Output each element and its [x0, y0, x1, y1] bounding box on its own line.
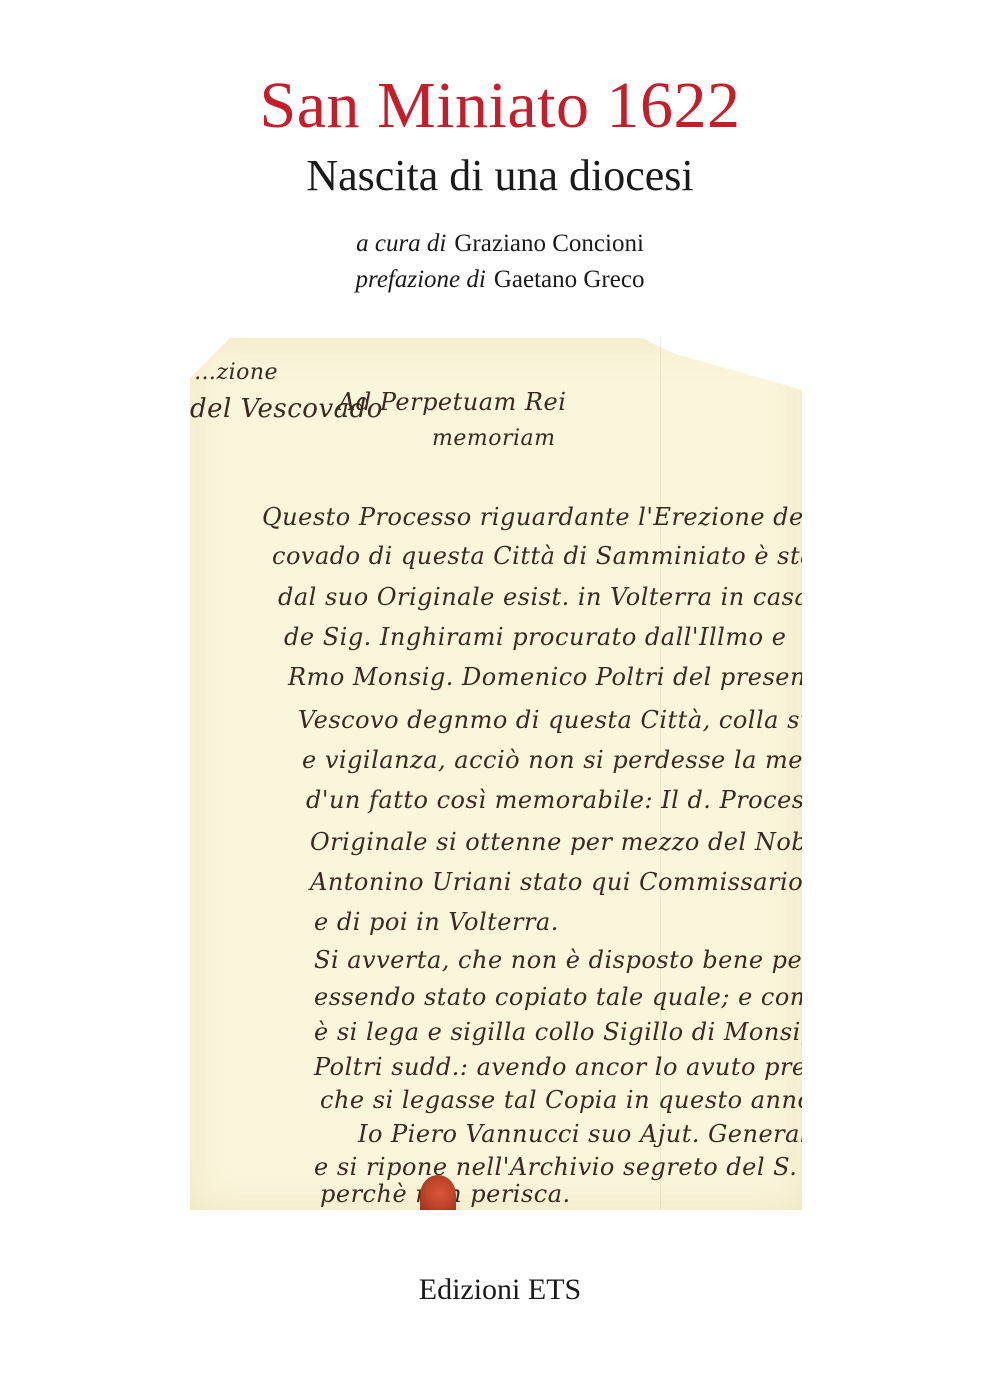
manuscript-line: Rmo Monsig. Domenico Poltri del presente — [288, 663, 802, 691]
manuscript-line: è si lega e sigilla collo Sigillo di Mon… — [314, 1018, 802, 1046]
wax-seal — [420, 1175, 456, 1210]
manuscript-line: Si avverta, che non è disposto bene per … — [314, 946, 802, 974]
manuscript-heading: Ad Perpetuam Rei — [338, 388, 566, 416]
manuscript-line: Io Piero Vannucci suo Ajut. Generale — [358, 1120, 802, 1148]
editor-label: a cura di — [356, 230, 446, 257]
manuscript-line: e si ripone nell'Archivio segreto del S.… — [314, 1153, 802, 1181]
manuscript-line: Originale si ottenne per mezzo del Nobil… — [310, 828, 802, 856]
credits: a cura diGraziano Concioni prefazione di… — [0, 226, 1000, 298]
manuscript-line: covado di questa Città di Samminiato è s… — [272, 542, 802, 570]
manuscript-heading: memoriam — [432, 426, 556, 451]
preface-label: prefazione di — [356, 266, 486, 293]
manuscript-line: e di poi in Volterra. — [314, 908, 559, 936]
preface-credit: prefazione diGaetano Greco — [0, 262, 1000, 298]
manuscript-image: …zione del Vescovado Ad Perpetuam Rei me… — [190, 338, 802, 1210]
manuscript-line: Vescovo degnmo di questa Città, colla su… — [298, 706, 802, 734]
manuscript-line: Antonino Uriani stato qui Commissario, — [310, 868, 802, 896]
editor-name: Graziano Concioni — [454, 230, 644, 257]
manuscript-line: essendo stato copiato tale quale; e come… — [314, 983, 802, 1011]
book-title: San Miniato 1622 — [0, 68, 1000, 144]
publisher-name: Edizioni ETS — [0, 1272, 1000, 1308]
editor-credit: a cura diGraziano Concioni — [0, 226, 1000, 262]
manuscript-line: Poltri sudd.: avendo ancor lo avuto prem… — [314, 1053, 802, 1081]
manuscript-line: Questo Processo riguardante l'Erezione d… — [262, 503, 802, 531]
margin-note-line: …zione — [194, 360, 278, 385]
manuscript-line: dal suo Originale esist. in Volterra in … — [278, 583, 802, 611]
book-subtitle: Nascita di una diocesi — [0, 150, 1000, 202]
preface-name: Gaetano Greco — [494, 266, 645, 293]
torn-corner-right — [642, 338, 802, 390]
manuscript-line: e vigilanza, acciò non si perdesse la me… — [302, 746, 802, 774]
manuscript-line: d'un fatto così memorabile: Il d. Proces… — [306, 786, 802, 814]
manuscript-line: che si legasse tal Copia in questo anno … — [320, 1086, 802, 1114]
manuscript-line: de Sig. Inghirami procurato dall'Illmo e — [284, 623, 786, 651]
